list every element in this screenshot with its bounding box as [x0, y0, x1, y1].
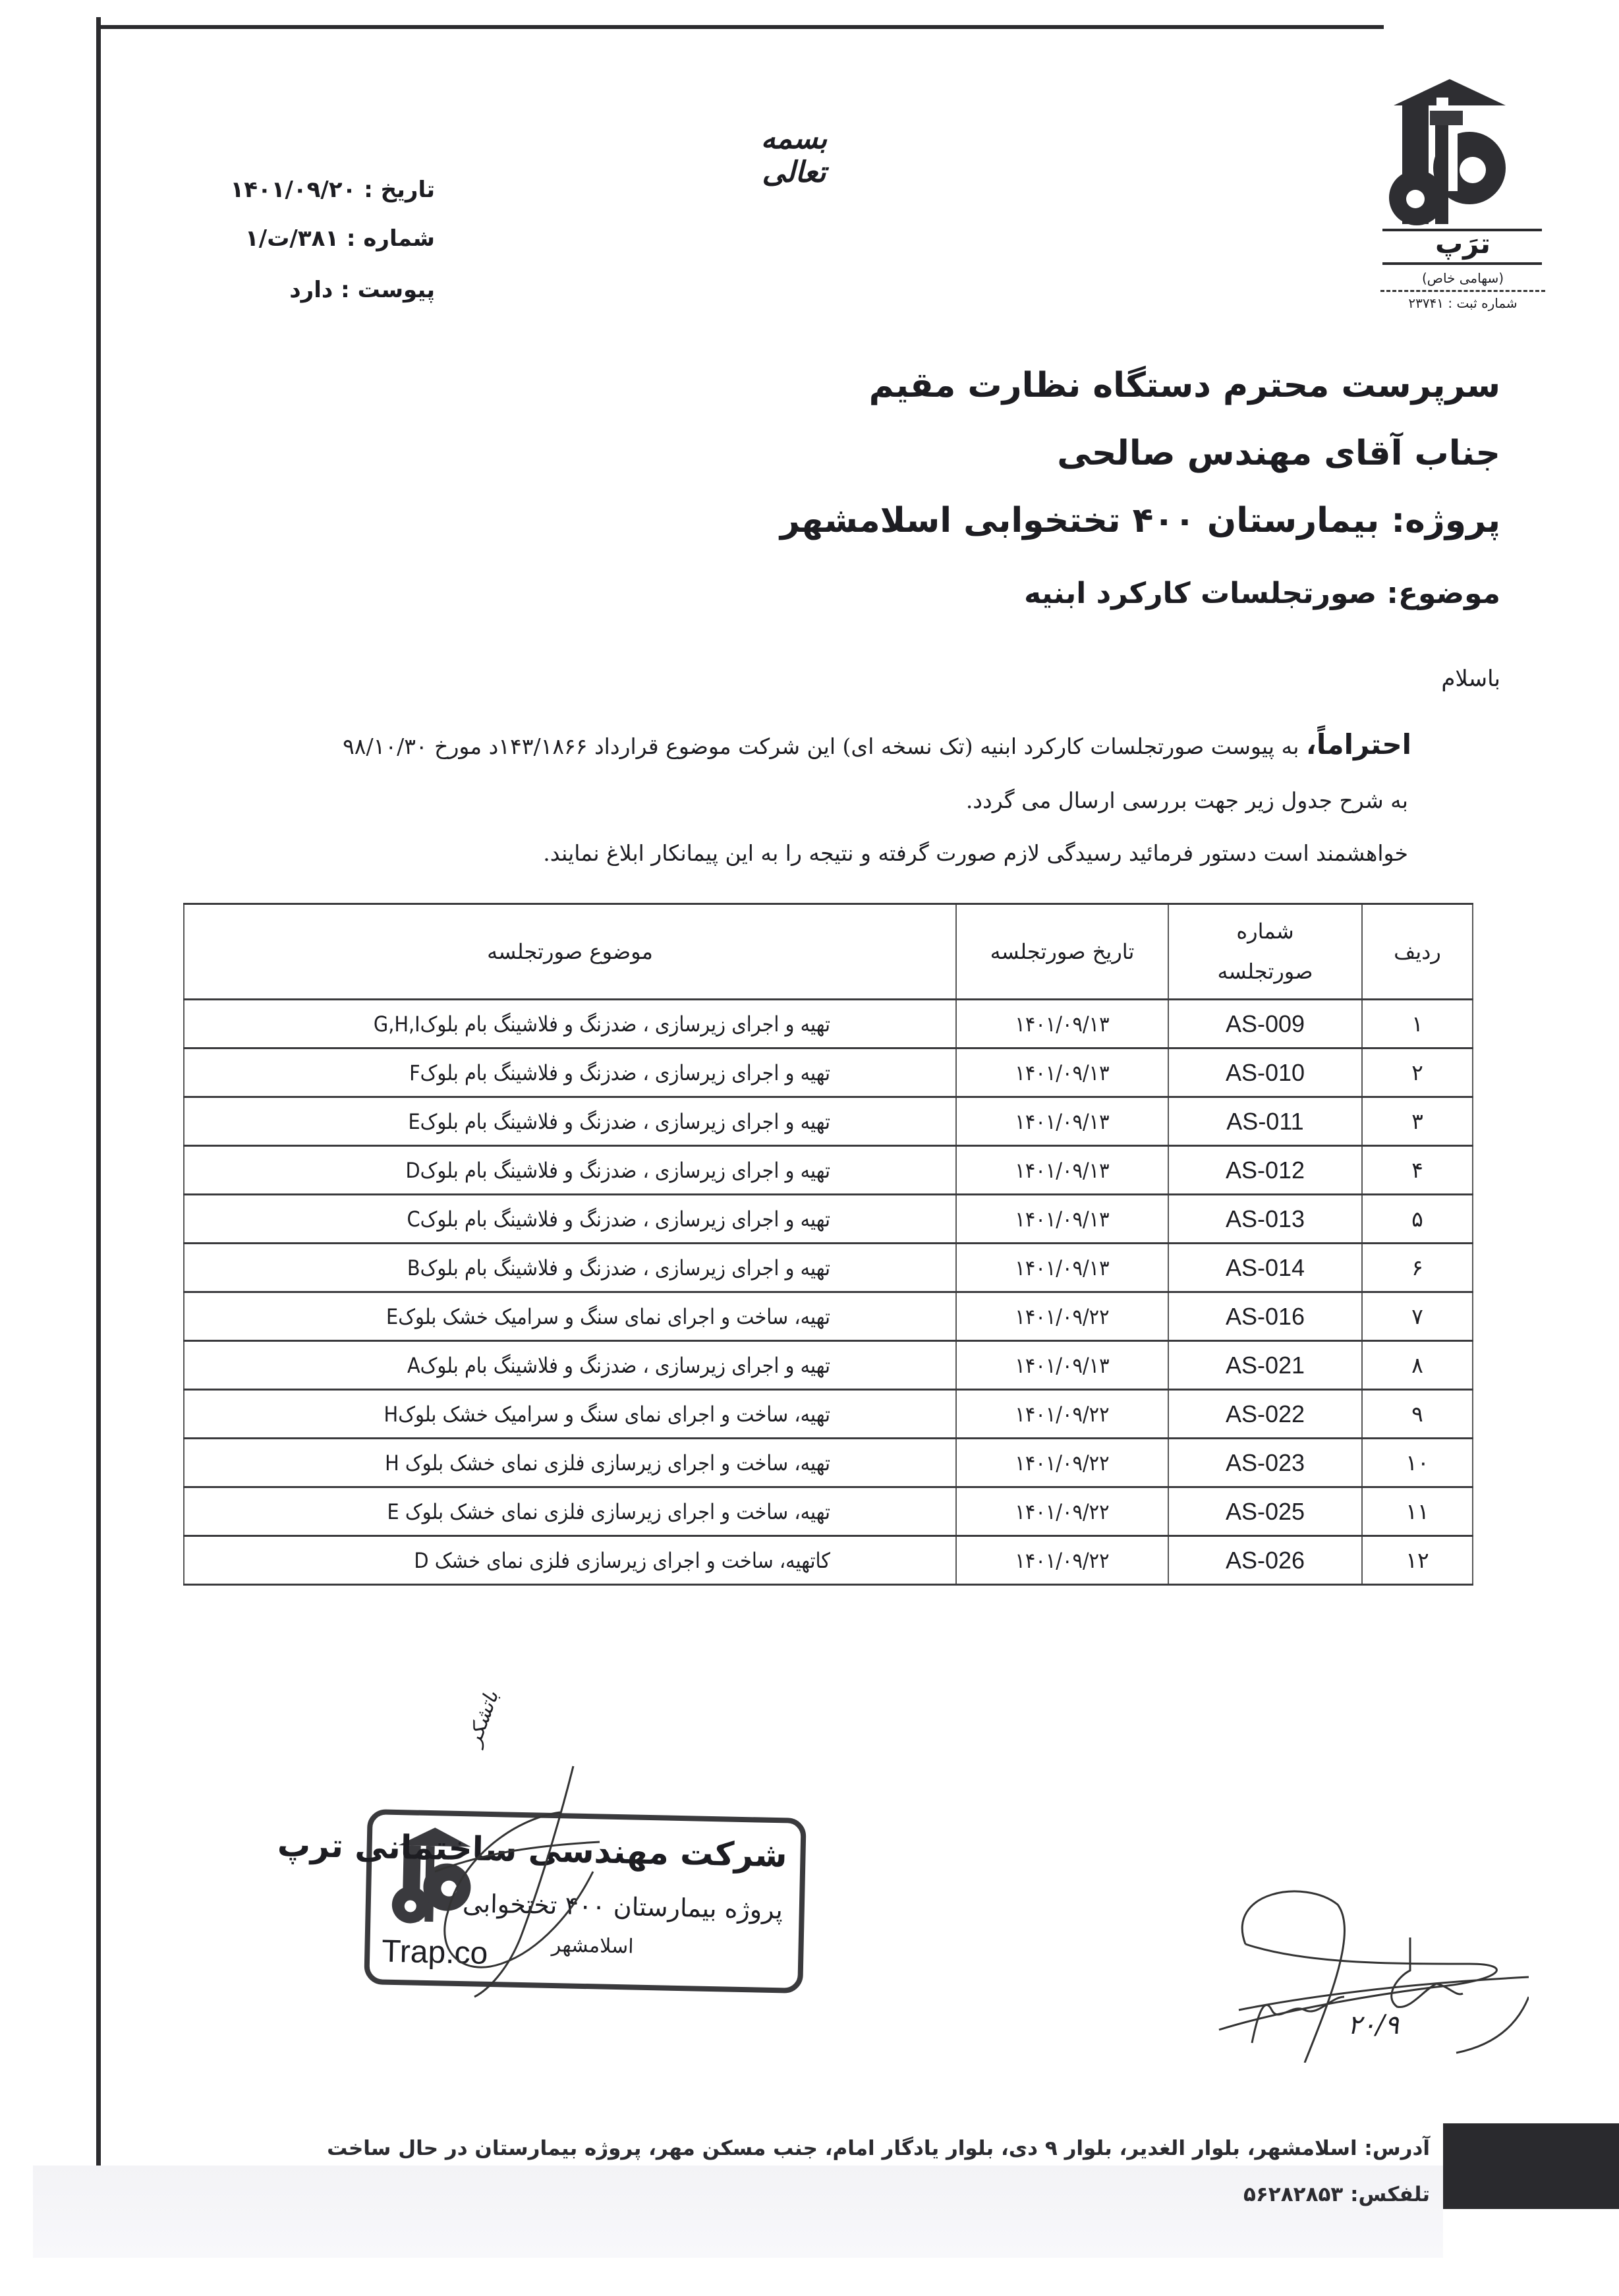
signature-date: ۲۰/۹: [1348, 2010, 1399, 2040]
table-row: ۳ AS-011 ۱۴۰۱/۰۹/۱۳ تهیه و اجرای زیرسازی…: [184, 1097, 1473, 1146]
cell-minutes-date: ۱۴۰۱/۰۹/۲۲: [956, 1390, 1168, 1439]
cell-minutes-subject: تهیه و اجرای زیرسازی ، ضدزنگ و فلاشینگ ب…: [184, 1048, 956, 1097]
table-row: ۸ AS-021 ۱۴۰۱/۰۹/۱۳ تهیه و اجرای زیرسازی…: [184, 1341, 1473, 1390]
cell-minutes-subject: تهیه، ساخت و اجرای نمای سنگ و سرامیک خشک…: [184, 1390, 956, 1439]
company-logo-icon: [1384, 79, 1516, 231]
cell-minutes-date: ۱۴۰۱/۰۹/۱۳: [956, 1195, 1168, 1244]
salutation: احتراماً،: [1306, 728, 1411, 761]
cell-minutes-number: AS-021: [1168, 1341, 1362, 1390]
project-line: پروژه: بیمارستان ۴۰۰ تختخوابی اسلامشهر: [780, 501, 1500, 540]
header-minutes-subject: موضوع صورتجلسه: [184, 904, 956, 1000]
cell-minutes-date: ۱۴۰۱/۰۹/۲۲: [956, 1439, 1168, 1487]
letter-attachment: پیوست : دارد: [211, 277, 435, 303]
letter-number: شماره : ۳۸۱/ت/۱: [211, 225, 435, 252]
table-row: ۲ AS-010 ۱۴۰۱/۰۹/۱۳ تهیه و اجرای زیرسازی…: [184, 1048, 1473, 1097]
addressee-name: جناب آقای مهندس صالحی: [1057, 434, 1500, 473]
table-row: ۵ AS-013 ۱۴۰۱/۰۹/۱۳ تهیه و اجرای زیرسازی…: [184, 1195, 1473, 1244]
cell-minutes-date: ۱۴۰۱/۰۹/۲۲: [956, 1292, 1168, 1341]
cell-row-number: ۹: [1362, 1390, 1473, 1439]
table-row: ۶ AS-014 ۱۴۰۱/۰۹/۱۳ تهیه و اجرای زیرسازی…: [184, 1244, 1473, 1292]
cell-minutes-subject: تهیه، ساخت و اجرای زیرسازی فلزی نمای خشک…: [184, 1439, 956, 1487]
cell-minutes-number: AS-014: [1168, 1244, 1362, 1292]
cell-minutes-number: AS-023: [1168, 1439, 1362, 1487]
table-row: ۱۱ AS-025 ۱۴۰۱/۰۹/۲۲ تهیه، ساخت و اجرای …: [184, 1487, 1473, 1536]
cell-row-number: ۶: [1362, 1244, 1473, 1292]
header-row-number: ردیف: [1362, 904, 1473, 1000]
cell-minutes-subject: تهیه و اجرای زیرسازی ، ضدزنگ و فلاشینگ ب…: [184, 1146, 956, 1195]
number-value: ۳۸۱/ت/۱: [245, 225, 339, 252]
header-minutes-number: شماره صورتجلسه: [1168, 904, 1362, 1000]
cell-row-number: ۵: [1362, 1195, 1473, 1244]
logo-dashed-divider: [1380, 290, 1545, 292]
footer-background: [33, 2166, 1443, 2258]
date-value: ۱۴۰۱/۰۹/۲۰: [230, 177, 356, 203]
cell-minutes-date: ۱۴۰۱/۰۹/۲۲: [956, 1536, 1168, 1585]
cell-minutes-number: AS-012: [1168, 1146, 1362, 1195]
cell-minutes-number: AS-010: [1168, 1048, 1362, 1097]
cell-minutes-subject: تهیه و اجرای زیرسازی ، ضدزنگ و فلاشینگ ب…: [184, 1244, 956, 1292]
cell-minutes-date: ۱۴۰۱/۰۹/۱۳: [956, 1146, 1168, 1195]
date-label: تاریخ :: [364, 177, 435, 203]
logo-rule-bottom: [1382, 262, 1542, 265]
cell-row-number: ۱۲: [1362, 1536, 1473, 1585]
body-paragraph-1: احتراماً، به پیوست صورتجلسات کارکرد ابنی…: [343, 728, 1411, 761]
cell-minutes-number: AS-009: [1168, 1000, 1362, 1048]
cell-minutes-subject: تهیه، ساخت و اجرای نمای سنگ و سرامیک خشک…: [184, 1292, 956, 1341]
cell-minutes-date: ۱۴۰۱/۰۹/۱۳: [956, 1000, 1168, 1048]
page-frame-left-line: [96, 17, 101, 2192]
table-row: ۱۰ AS-023 ۱۴۰۱/۰۹/۲۲ تهیه، ساخت و اجرای …: [184, 1439, 1473, 1487]
cell-minutes-number: AS-022: [1168, 1390, 1362, 1439]
header-minutes-date: تاریخ صورتجلسه: [956, 904, 1168, 1000]
attachment-value: دارد: [289, 277, 333, 303]
cell-minutes-number: AS-025: [1168, 1487, 1362, 1536]
footer-address: آدرس: اسلامشهر، بلوار الغدیر، بلوار ۹ دی…: [327, 2137, 1430, 2160]
body-paragraph-2: خواهشمند است دستور فرمائید رسیدگی لازم ص…: [543, 840, 1408, 866]
body-paragraph-1-continued: به شرح جدول زیر جهت بررسی ارسال می گردد.: [966, 788, 1408, 813]
cell-minutes-subject: تهیه و اجرای زیرسازی ، ضدزنگ و فلاشینگ ب…: [184, 1341, 956, 1390]
table-row: ۹ AS-022 ۱۴۰۱/۰۹/۲۲ تهیه، ساخت و اجرای ن…: [184, 1390, 1473, 1439]
cell-row-number: ۱: [1362, 1000, 1473, 1048]
table-row: ۴ AS-012 ۱۴۰۱/۰۹/۱۳ تهیه و اجرای زیرسازی…: [184, 1146, 1473, 1195]
cell-minutes-number: AS-016: [1168, 1292, 1362, 1341]
cell-minutes-date: ۱۴۰۱/۰۹/۱۳: [956, 1097, 1168, 1146]
letter-date: تاریخ : ۱۴۰۱/۰۹/۲۰: [211, 177, 435, 203]
cell-minutes-subject: کاتهیه، ساخت و اجرای زیرسازی فلزی نمای خ…: [184, 1536, 956, 1585]
cell-minutes-date: ۱۴۰۱/۰۹/۱۳: [956, 1048, 1168, 1097]
cell-minutes-number: AS-011: [1168, 1097, 1362, 1146]
table-row: ۷ AS-016 ۱۴۰۱/۰۹/۲۲ تهیه، ساخت و اجرای ن…: [184, 1292, 1473, 1341]
cell-row-number: ۳: [1362, 1097, 1473, 1146]
logo-company-name: ترَپ: [1380, 227, 1545, 260]
cell-minutes-date: ۱۴۰۱/۰۹/۱۳: [956, 1244, 1168, 1292]
addressee-title: سرپرست محترم دستگاه نظارت مقیم: [869, 366, 1500, 405]
cell-row-number: ۱۰: [1362, 1439, 1473, 1487]
cell-minutes-date: ۱۴۰۱/۰۹/۲۲: [956, 1487, 1168, 1536]
stamp-signature-scribble-icon: [409, 1740, 619, 2003]
cell-minutes-subject: تهیه و اجرای زیرسازی ، ضدزنگ و فلاشینگ ب…: [184, 1097, 956, 1146]
footer-telfax: تلفکس: ۵۶۲۸۲۸۵۳: [1243, 2183, 1430, 2206]
bismillah-heading: بسمه تعالی: [738, 122, 850, 189]
cell-row-number: ۴: [1362, 1146, 1473, 1195]
cell-minutes-number: AS-013: [1168, 1195, 1362, 1244]
table-row: ۱ AS-009 ۱۴۰۱/۰۹/۱۳ تهیه و اجرای زیرسازی…: [184, 1000, 1473, 1048]
logo-company-type: (سهامی خاص): [1377, 270, 1548, 286]
page-frame-top-line: [98, 25, 1384, 29]
cell-row-number: ۸: [1362, 1341, 1473, 1390]
number-label: شماره :: [347, 225, 435, 252]
attachment-label: پیوست :: [341, 277, 435, 303]
subject-line: موضوع: صورتجلسات کارکرد ابنیه: [1024, 577, 1500, 610]
cell-minutes-subject: تهیه و اجرای زیرسازی ، ضدزنگ و فلاشینگ ب…: [184, 1195, 956, 1244]
greeting: باسلام: [1441, 666, 1500, 692]
table-header-row: ردیف شماره صورتجلسه تاریخ صورتجلسه موضوع…: [184, 904, 1473, 1000]
minutes-table: ردیف شماره صورتجلسه تاریخ صورتجلسه موضوع…: [183, 903, 1473, 1586]
cell-row-number: ۲: [1362, 1048, 1473, 1097]
cell-row-number: ۱۱: [1362, 1487, 1473, 1536]
header-minutes-number-line2: صورتجلسه: [1176, 952, 1355, 992]
logo-registration-number: شماره ثبت : ۲۳۷۴۱: [1377, 295, 1548, 311]
header-minutes-number-line1: شماره: [1176, 911, 1355, 952]
cell-row-number: ۷: [1362, 1292, 1473, 1341]
body-paragraph-1-text: به پیوست صورتجلسات کارکرد ابنیه (تک نسخه…: [343, 733, 1299, 759]
cell-minutes-number: AS-026: [1168, 1536, 1362, 1585]
cell-minutes-subject: تهیه، ساخت و اجرای زیرسازی فلزی نمای خشک…: [184, 1487, 956, 1536]
table-row: ۱۲ AS-026 ۱۴۰۱/۰۹/۲۲ کاتهیه، ساخت و اجرا…: [184, 1536, 1473, 1585]
footer-dark-band: [1443, 2123, 1619, 2209]
cell-minutes-subject: تهیه و اجرای زیرسازی ، ضدزنگ و فلاشینگ ب…: [184, 1000, 956, 1048]
cell-minutes-date: ۱۴۰۱/۰۹/۱۳: [956, 1341, 1168, 1390]
